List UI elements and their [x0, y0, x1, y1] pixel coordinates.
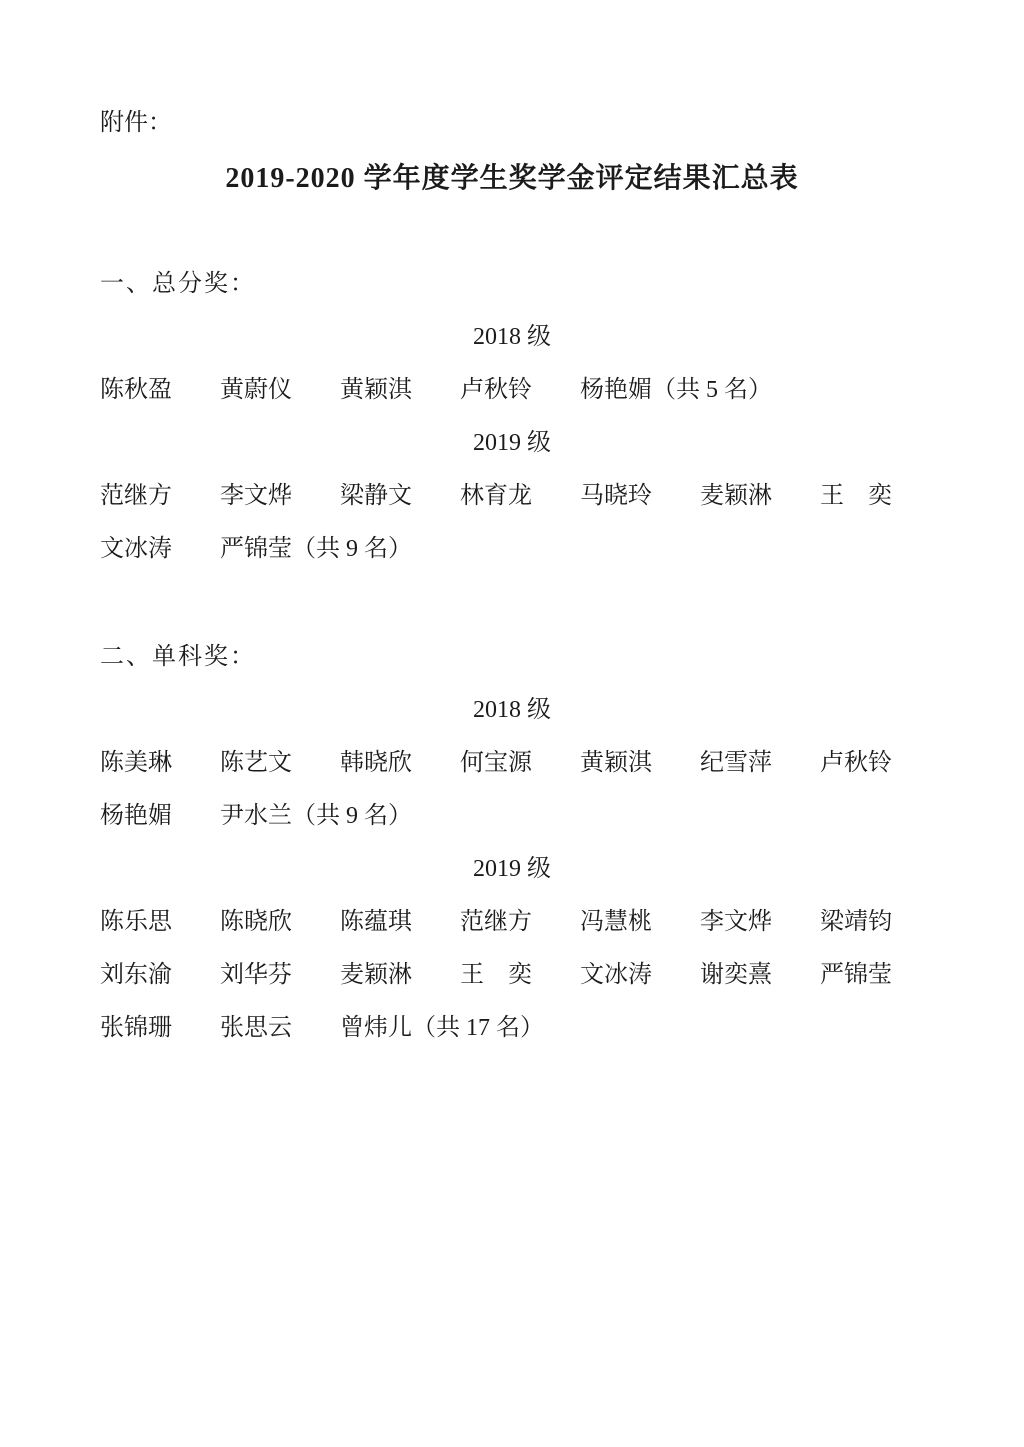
- section-total-score-award: 一、总分奖： 2018 级 陈秋盈 黄蔚仪 黄颖淇 卢秋铃 杨艳媚（共 5 名）…: [100, 258, 924, 576]
- section-single-subject-award: 二、单科奖： 2018 级 陈美琳 陈艺文 韩晓欣 何宝源 黄颖淇 纪雪萍 卢秋…: [100, 631, 924, 1055]
- attachment-label: 附件：: [100, 103, 924, 143]
- grade-heading-2018: 2018 级: [100, 311, 924, 364]
- name-line: 杨艳媚 尹水兰（共 9 名）: [100, 790, 924, 843]
- name-line: 文冰涛 严锦莹（共 9 名）: [100, 523, 924, 576]
- name-line: 范继方 李文烨 梁静文 林育龙 马晓玲 麦颖淋 王 奕: [100, 470, 924, 523]
- document-page: 附件： 2019-2020 学年度学生奖学金评定结果汇总表 一、总分奖： 201…: [0, 0, 1024, 1447]
- section-heading-single-subject-award: 二、单科奖：: [100, 631, 924, 684]
- name-line: 陈乐思 陈晓欣 陈蕴琪 范继方 冯慧桃 李文烨 梁靖钧: [100, 896, 924, 949]
- grade-heading-2018: 2018 级: [100, 684, 924, 737]
- grade-heading-2019: 2019 级: [100, 417, 924, 470]
- grade-heading-2019: 2019 级: [100, 843, 924, 896]
- name-line: 陈秋盈 黄蔚仪 黄颖淇 卢秋铃 杨艳媚（共 5 名）: [100, 364, 924, 417]
- name-line: 刘东渝 刘华芬 麦颖淋 王 奕 文冰涛 谢奕熹 严锦莹: [100, 949, 924, 1002]
- document-title: 2019-2020 学年度学生奖学金评定结果汇总表: [100, 159, 924, 199]
- section-heading-total-score-award: 一、总分奖：: [100, 258, 924, 311]
- name-line: 张锦珊 张思云 曾炜儿（共 17 名）: [100, 1002, 924, 1055]
- name-line: 陈美琳 陈艺文 韩晓欣 何宝源 黄颖淇 纪雪萍 卢秋铃: [100, 737, 924, 790]
